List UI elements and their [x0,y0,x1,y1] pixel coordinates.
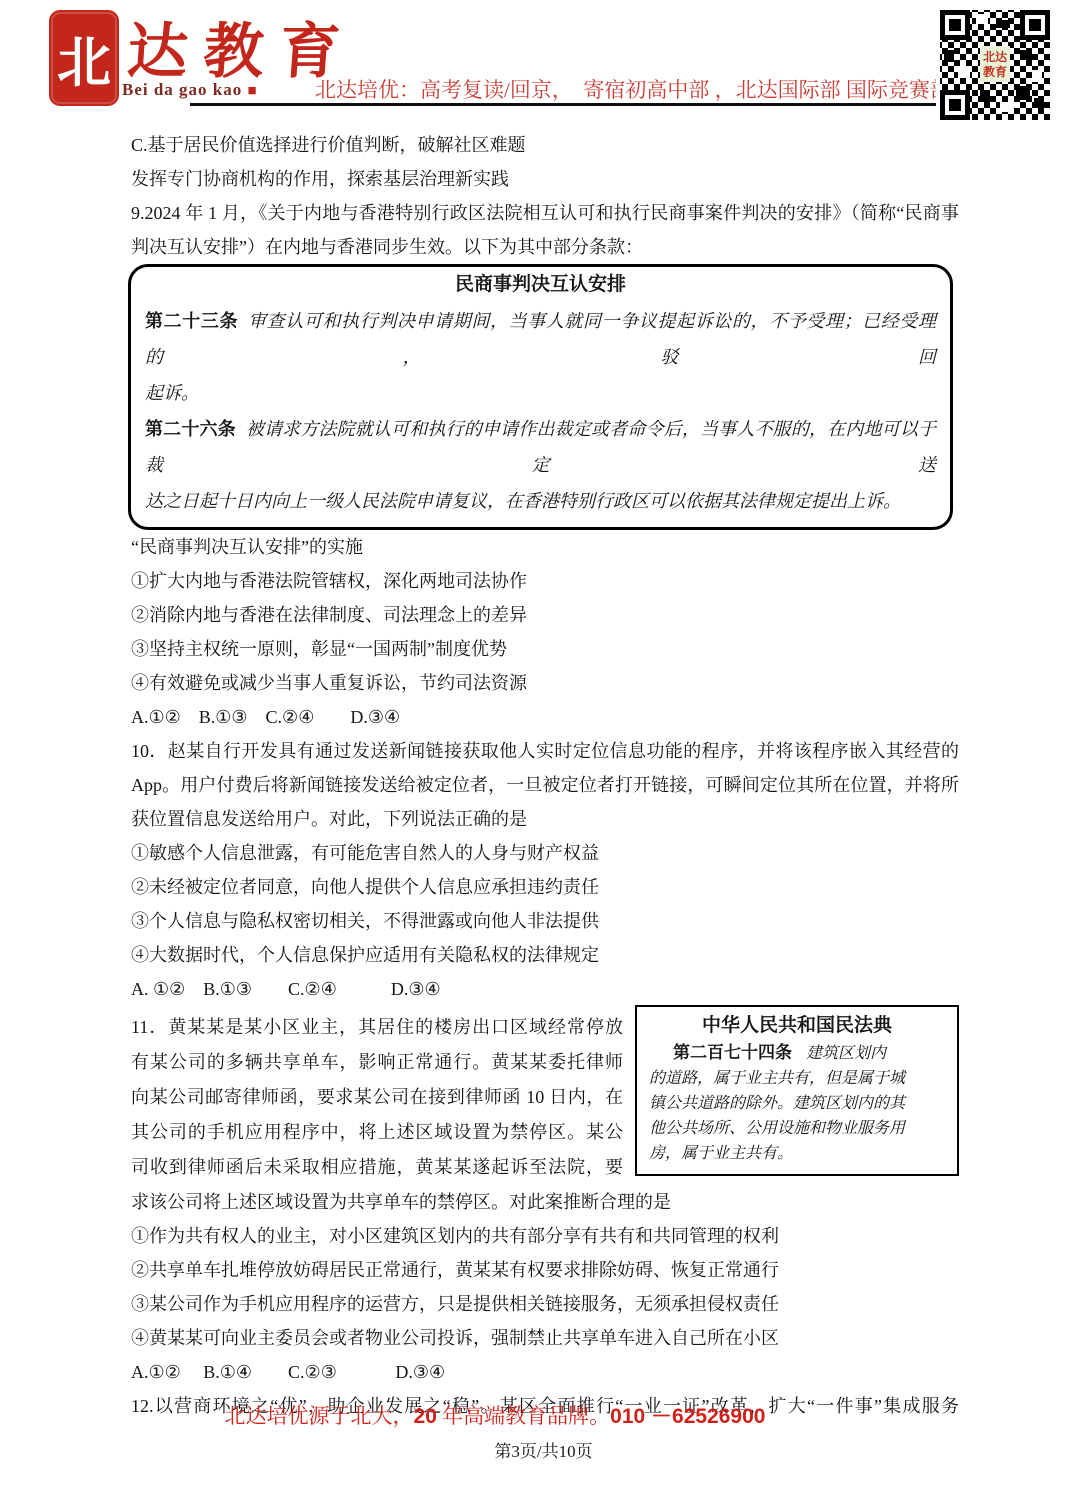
q11-item-2: ②共享单车扎堆停放妨碍居民正常通行，黄某某有权要求排除妨碍、恢复正常通行 [131,1253,959,1287]
q9-clause-box: 民商事判决互认安排 第二十三条审查认可和执行判决申请期间，当事人就同一争议提起诉… [128,264,953,530]
text-line: 发挥专门协商机构的作用，探索基层治理新实践 [131,162,959,196]
q9-options: A.①② B.①③ C.②④ D.③④ [131,700,959,734]
exam-body: C.基于居民价值选择进行价值判断，破解社区难题 发挥专门协商机构的作用，探索基层… [131,128,959,1423]
q9-item-3: ③坚持主权统一原则，彰显“一国两制”制度优势 [131,632,959,666]
q9-item-4: ④有效避免或减少当事人重复诉讼，节约司法资源 [131,666,959,700]
civil-code-article-line: 第二百七十四条建筑区划内 [649,1040,945,1066]
q11-item-1: ①作为共有权人的业主，对小区建筑区划内的共有部分享有共有和共同管理的权利 [131,1219,959,1253]
q11-text-line: 向某公司邮寄律师函，要求某公司在接到律师函 10 日内，在 [131,1080,623,1115]
q11-text-line: 其公司的手机应用程序中，将上述区域设置为禁停区。某公 [131,1115,623,1150]
q11-text-line: 司收到律师函后未采取相应措施，黄某某遂起诉至法院，要 [131,1150,623,1185]
q10-options: A. ①② B.①③ C.②④ D.③④ [131,972,959,1006]
q9-stem: “民商事判决互认安排”的实施 [131,530,959,564]
qr-finder-top-left [940,10,970,40]
clause-box-title: 民商事判决互认安排 [145,267,936,303]
q10-text-line: 获位置信息发送给用户。对此，下列说法正确的是 [131,802,959,836]
qr-finder-top-right [1020,10,1050,40]
q11-text-line: 求该公司将上述区域设置为共享单车的禁停区。对此案推断合理的是 [131,1185,959,1219]
page-number: 第3页/共10页 [0,1437,1087,1462]
q9-item-2: ②消除内地与香港在法律制度、司法理念上的差异 [131,598,959,632]
civil-code-article-line: 镇公共道路的除外。建筑区划内的其 [649,1091,945,1116]
svg-text:北达: 北达 [983,49,1007,64]
q11-text-column: 11．黄某某是某小区业主，其居住的楼房出口区域经常停放 有某公司的多辆共享单车，… [131,1010,623,1185]
q9-item-1: ①扩大内地与香港法院管辖权，深化两地司法协作 [131,564,959,598]
clause-line: 达之日起十日内向上一级人民法院申请复议，在香港特别行政区可以依据其法律规定提出上… [145,483,936,519]
q11-options: A.①② B.①④ C.②③ D.③④ [131,1355,959,1389]
clause-line: 起诉。 [145,375,936,411]
option-c-line: C.基于居民价值选择进行价值判断，破解社区难题 [131,128,959,162]
q9-intro-line: 判决互认安排”）在内地与香港同步生效。以下为其中部分条款： [131,230,959,264]
civil-code-article-line: 的道路，属于业主共有，但是属于城 [649,1066,945,1091]
q11-text-line: 有某公司的多辆共享单车，影响正常通行。黄某某委托律师 [131,1045,623,1080]
brand-square-icon: ■ [248,83,258,99]
civil-code-article-line: 房，属于业主共有。 [649,1141,945,1166]
q11-wrap-region: 11．黄某某是某小区业主，其居住的楼房出口区域经常停放 有某公司的多辆共享单车，… [131,1010,959,1185]
q11-item-4: ④黄某某可向业主委员会或者物业公司投诉，强制禁止共享单车进入自己所在小区 [131,1321,959,1355]
svg-text:教育: 教育 [982,64,1007,79]
header-tagline: 北达培优：高考复读/回京， 寄宿初高中部 ，北达国际部 国际竞赛部 [315,74,951,104]
header-divider [190,103,937,106]
clause-label: 第二十三条 [145,311,238,331]
q11-item-3: ③某公司作为手机应用程序的运营方，只是提供相关链接服务，无须承担侵权责任 [131,1287,959,1321]
qr-code-image: 北达 教育 [936,6,1054,124]
article-number-label: 第二百七十四条 [673,1043,792,1062]
civil-code-article-line: 他公共场所、公用设施和物业服务用 [649,1116,945,1141]
q10-item-3: ③个人信息与隐私权密切相关，不得泄露或向他人非法提供 [131,904,959,938]
exam-page: 北 达教育 Bei da gao kao ■ 北达培优：高考复读/回京， 寄宿初… [0,0,1087,1512]
civil-code-box: 中华人民共和国民法典 第二百七十四条建筑区划内 的道路，属于业主共有，但是属于城… [635,1005,959,1176]
q9-intro-line: 9.2024 年 1 月，《关于内地与香港特别行政区法院相互认可和执行民商事案件… [131,196,959,230]
brand-subtitle: Bei da gao kao ■ [122,80,258,100]
footer-phone: 010 －62526900 [610,1405,765,1428]
clause-label: 第二十六条 [145,419,236,439]
qr-code: 北达 教育 [936,6,1054,124]
q10-text-line: 10．赵某自行开发具有通过发送新闻链接获取他人实时定位信息功能的程序，并将该程序… [131,734,959,768]
q11-text-line: 11．黄某某是某小区业主，其居住的楼房出口区域经常停放 [131,1010,623,1045]
q10-item-4: ④大数据时代，个人信息保护应适用有关隐私权的法律规定 [131,938,959,972]
footer-slogan: 北达培优源于北大，20 年高端教育品牌。010 －62526900 [0,1400,990,1430]
q10-text-line: App。用户付费后将新闻链接发送给被定位者，一旦被定位者打开链接，可瞬间定位其所… [131,768,959,802]
qr-finder-bottom-left [940,90,970,120]
q10-item-1: ①敏感个人信息泄露，有可能危害自然人的人身与财产权益 [131,836,959,870]
brand-seal-logo: 北 [51,12,117,104]
seal-character: 北 [57,20,111,97]
q10-item-2: ②未经被定位者同意，向他人提供个人信息应承担违约责任 [131,870,959,904]
clause-line: 第二十三条审查认可和执行判决申请期间，当事人就同一争议提起诉讼的，不予受理；已经… [145,303,936,375]
civil-code-title: 中华人民共和国民法典 [649,1012,945,1040]
qr-center-badge: 北达 教育 [980,46,1010,82]
clause-line: 第二十六条被请求方法院就认可和执行的申请作出裁定或者命令后，当事人不服的，在内地… [145,411,936,483]
